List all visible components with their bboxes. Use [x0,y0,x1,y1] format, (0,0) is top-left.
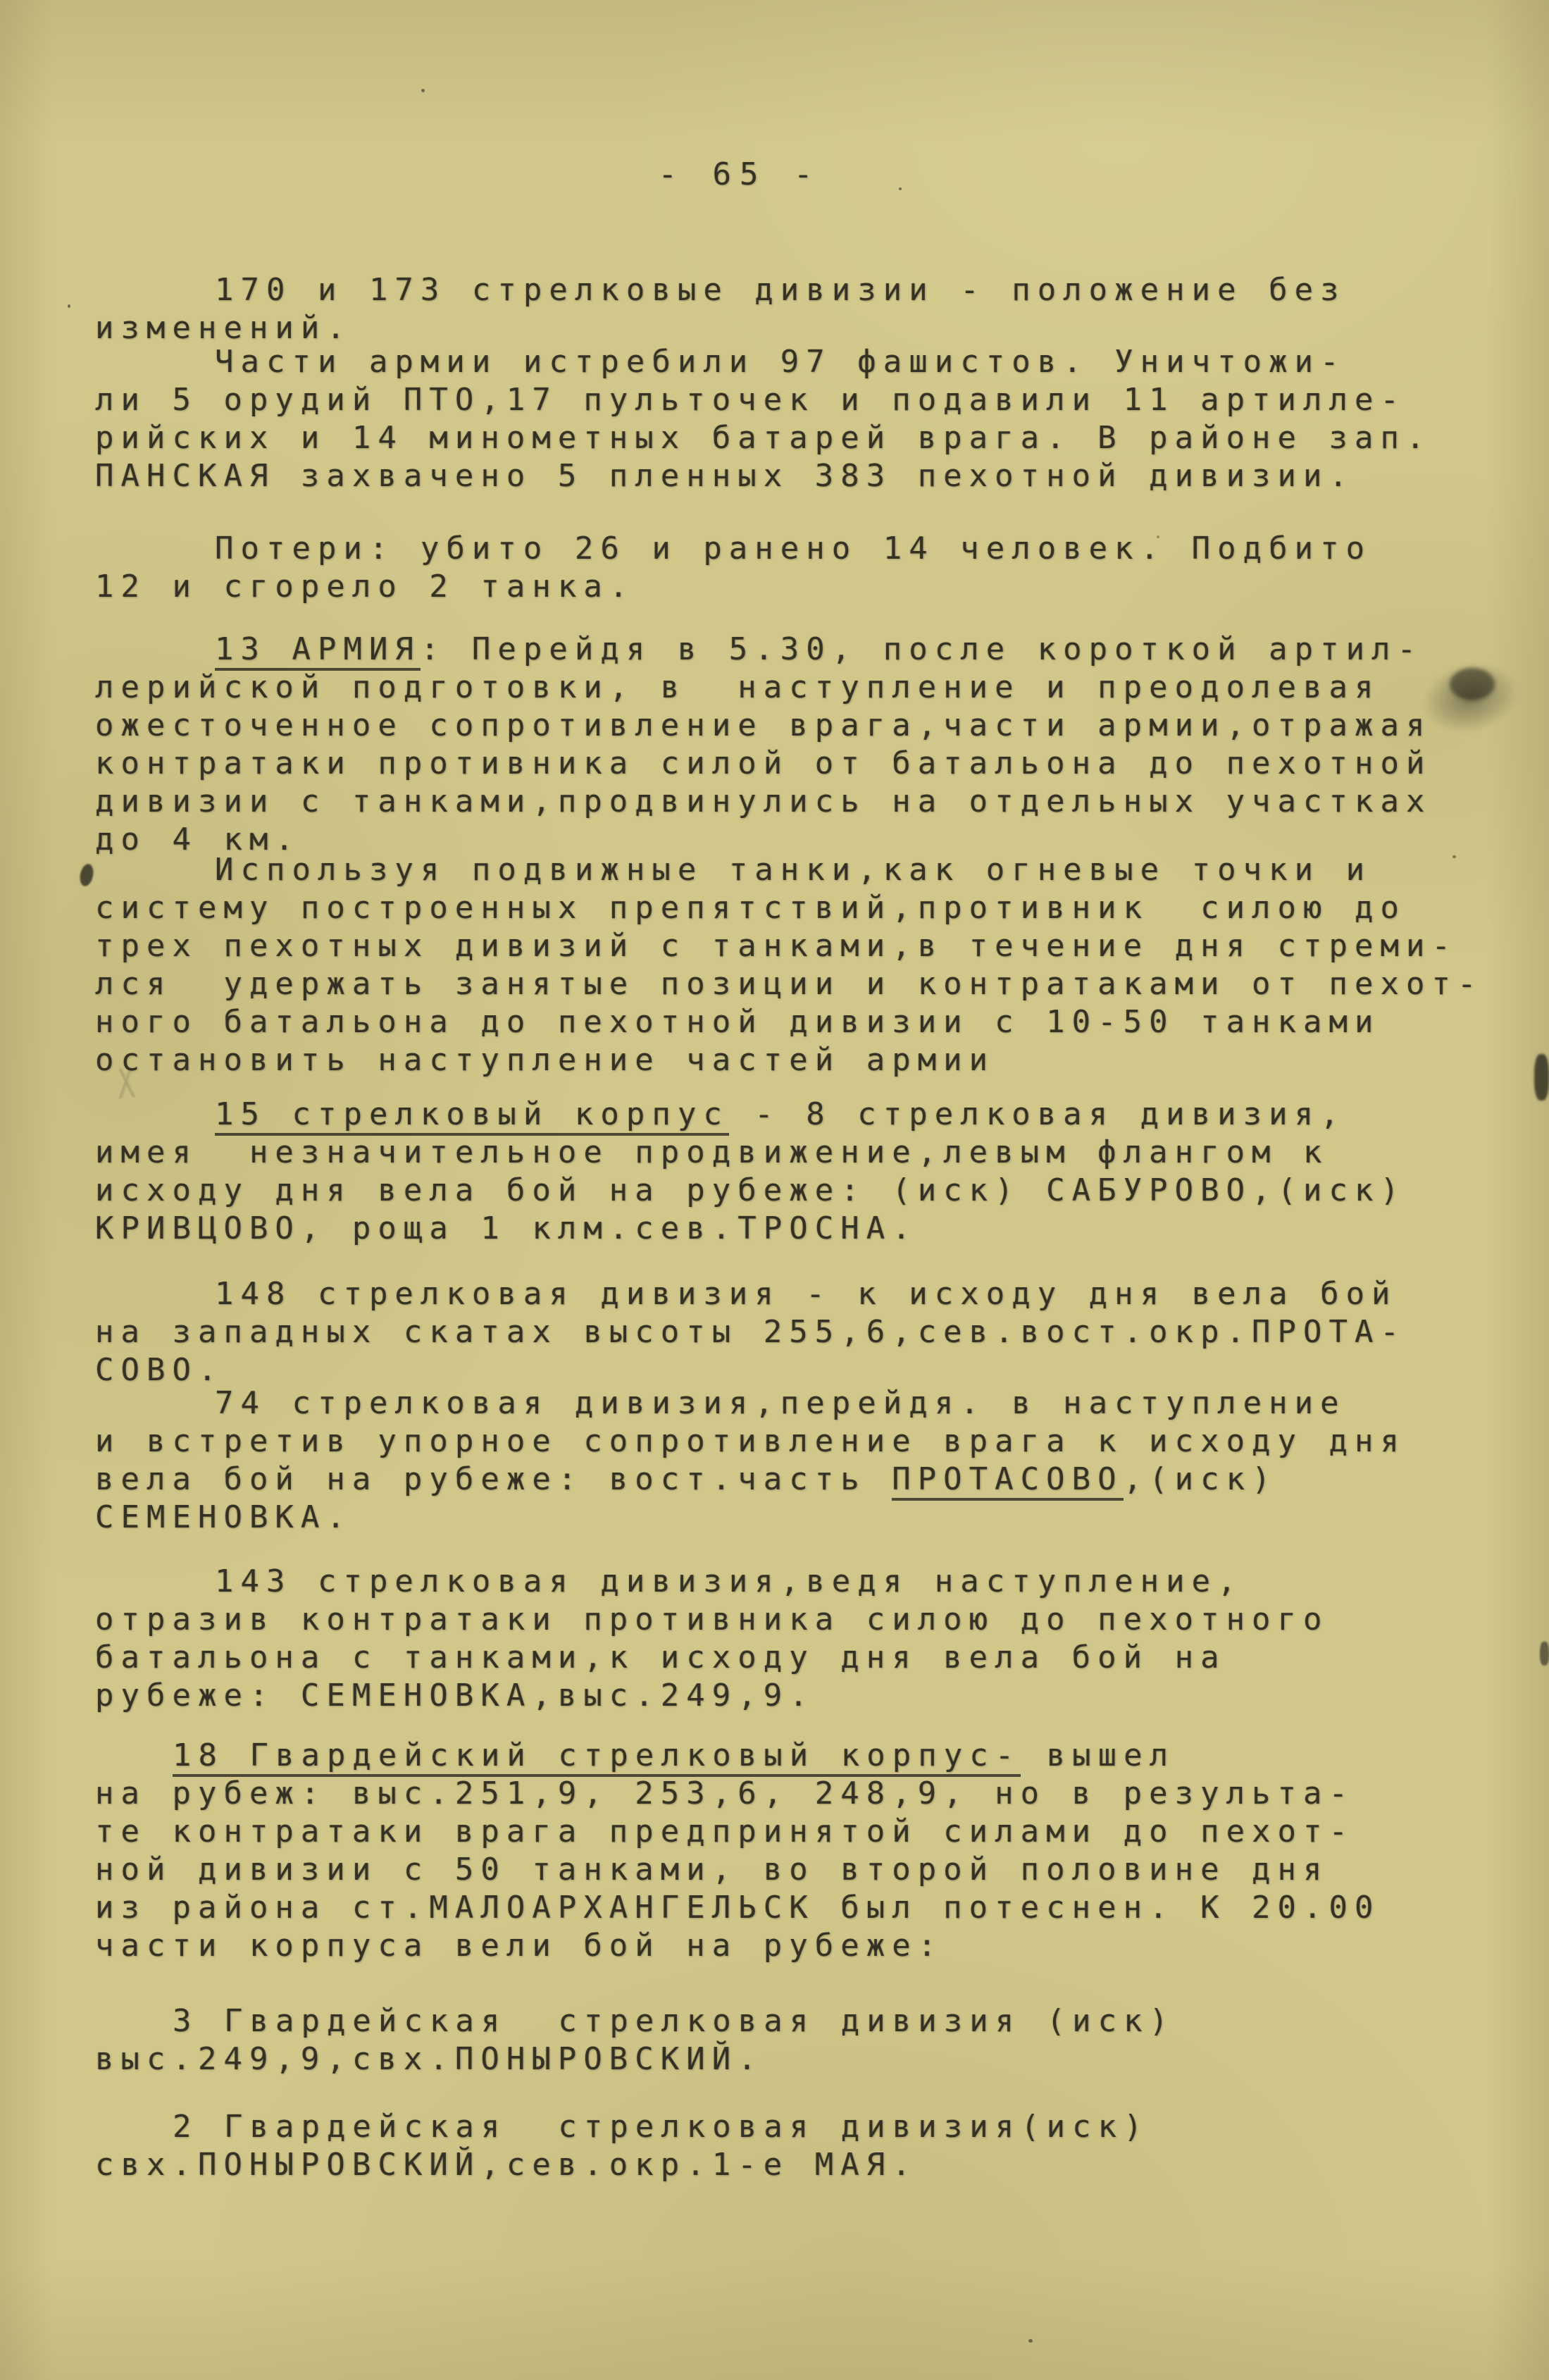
text-line: батальона с танками,к исходу дня вела бо… [95,1639,1476,1677]
underlined-place-name: ПРОТАСОВО [892,1461,1123,1501]
underlined-heading: 18 Гвардейский стрелковый корпус- [173,1737,1021,1777]
text-segment: ,(иск) [1124,1461,1278,1497]
text-segment: вела бой на рубеже: вост.часть [95,1461,892,1497]
paragraph-sit-170-173: 170 и 173 стрелковые дивизии - положение… [95,271,1476,347]
text-line: трех пехотных дивизий с танками,в течени… [95,927,1476,965]
paragraph-148-division: 148 стрелковая дивизия - к исходу дня ве… [95,1275,1476,1389]
paragraph-15-rifle-corps: 15 стрелковый корпус - 8 стрелковая диви… [95,1096,1476,1248]
text-line: 148 стрелковая дивизия - к исходу дня ве… [95,1275,1476,1313]
text-line: из района ст.МАЛОАРХАНГЕЛЬСК был потесне… [95,1889,1476,1927]
text-line: лерийской подготовки, в наступление и пр… [95,669,1476,707]
underlined-heading: 13 АРМИЯ [215,631,421,671]
text-line: ПАНСКАЯ захвачено 5 пленных 383 пехотной… [95,457,1476,495]
edge-ink-mark [1534,1054,1549,1101]
text-line: 74 стрелковая дивизия,перейдя. в наступл… [95,1384,1476,1423]
paragraph-143-division: 143 стрелковая дивизия,ведя наступление,… [95,1563,1476,1715]
text-line: отразив контратаки противника силою до п… [95,1601,1476,1639]
paragraph-enemy-tanks: Используя подвижные танки,как огневые то… [95,851,1476,1079]
text-line: выс.249,9,свх.ПОНЫРОВСКИЙ. [95,2040,1476,2078]
text-line: 15 стрелковый корпус - 8 стрелковая диви… [95,1096,1476,1134]
text-segment: вышел [1021,1737,1175,1773]
text-line: ожесточенное сопротивление врага,части а… [95,707,1476,745]
text-line: ли 5 орудий ПТО,17 пульточек и подавили … [95,381,1476,419]
text-line: изменений. [95,309,1476,347]
text-line: остановить наступление частей армии [95,1041,1476,1079]
paper-speck [1028,2339,1033,2343]
edge-ink-mark [1540,1642,1549,1666]
text-line: и встретив упорное сопротивление врага к… [95,1423,1476,1461]
text-line: исходу дня вела бой на рубеже: (иск) САБ… [95,1172,1476,1210]
text-line: те контратаки врага предпринятой силами … [95,1813,1476,1851]
text-line: части корпуса вели бой на рубеже: [95,1927,1476,1965]
text-line: СОВО. [95,1351,1476,1389]
paragraph-3-guards-division: 3 Гвардейская стрелковая дивизия (иск) в… [95,2002,1476,2078]
text-line: 18 Гвардейский стрелковый корпус- вышел [95,1737,1476,1775]
text-line: Потери: убито 26 и ранено 14 человек. По… [95,530,1476,568]
paragraph-own-losses: Потери: убито 26 и ранено 14 человек. По… [95,530,1476,606]
text-segment: - 8 стрелковая дивизия, [729,1096,1346,1132]
ink-blob [78,862,95,887]
text-line: Используя подвижные танки,как огневые то… [95,851,1476,889]
text-line: 170 и 173 стрелковые дивизии - положение… [95,271,1476,309]
text-line: контратаки противника силой от батальона… [95,745,1476,783]
paragraph-74-division: 74 стрелковая дивизия,перейдя. в наступл… [95,1384,1476,1537]
text-line: лся удержать занятые позиции и контратак… [95,965,1476,1003]
text-line: КРИВЦОВО, роща 1 клм.сев.ТРОСНА. [95,1210,1476,1248]
document-page: - 65 - 170 и 173 стрелковые дивизии - по… [0,0,1549,2380]
text-line: 143 стрелковая дивизия,ведя наступление, [95,1563,1476,1601]
page-number: - 65 - [0,156,1479,192]
text-line: Части армии истребили 97 фашистов. Уничт… [95,343,1476,381]
text-line: ной дивизии с 50 танками, во второй поло… [95,1851,1476,1889]
underlined-heading: 15 стрелковый корпус [215,1096,729,1136]
paper-speck [68,304,70,308]
text-segment: : Перейдя в 5.30, после короткой артил- [421,631,1423,667]
paragraph-13-army: 13 АРМИЯ: Перейдя в 5.30, после короткой… [95,631,1476,859]
paragraph-2-guards-division: 2 Гвардейская стрелковая дивизия(иск) св… [95,2108,1476,2184]
text-line: 3 Гвардейская стрелковая дивизия (иск) [95,2002,1476,2040]
text-line: на рубеж: выс.251,9, 253,6, 248,9, но в … [95,1775,1476,1813]
text-line: рубеже: СЕМЕНОВКА,выс.249,9. [95,1677,1476,1715]
text-line: 2 Гвардейская стрелковая дивизия(иск) [95,2108,1476,2146]
paragraph-18-guards-corps: 18 Гвардейский стрелковый корпус- вышел … [95,1737,1476,1965]
text-line: рийских и 14 минометных батарей врага. В… [95,419,1476,457]
text-line: 13 АРМИЯ: Перейдя в 5.30, после короткой… [95,631,1476,669]
text-line: имея незначительное продвижение,левым фл… [95,1134,1476,1172]
text-line: систему построенных препятствий,противни… [95,889,1476,927]
text-line: дивизии с танками,продвинулись на отдель… [95,783,1476,821]
text-line: 12 и сгорело 2 танка. [95,568,1476,606]
text-line: СЕМЕНОВКА. [95,1499,1476,1537]
text-line: на западных скатах высоты 255,6,сев.вост… [95,1313,1476,1351]
paper-speck [421,89,425,92]
text-line: ного батальона до пехотной дивизии с 10-… [95,1003,1476,1041]
text-line: вела бой на рубеже: вост.часть ПРОТАСОВО… [95,1461,1476,1499]
paragraph-enemy-losses: Части армии истребили 97 фашистов. Уничт… [95,343,1476,495]
text-line: свх.ПОНЫРОВСКИЙ,сев.окр.1-е МАЯ. [95,2146,1476,2184]
